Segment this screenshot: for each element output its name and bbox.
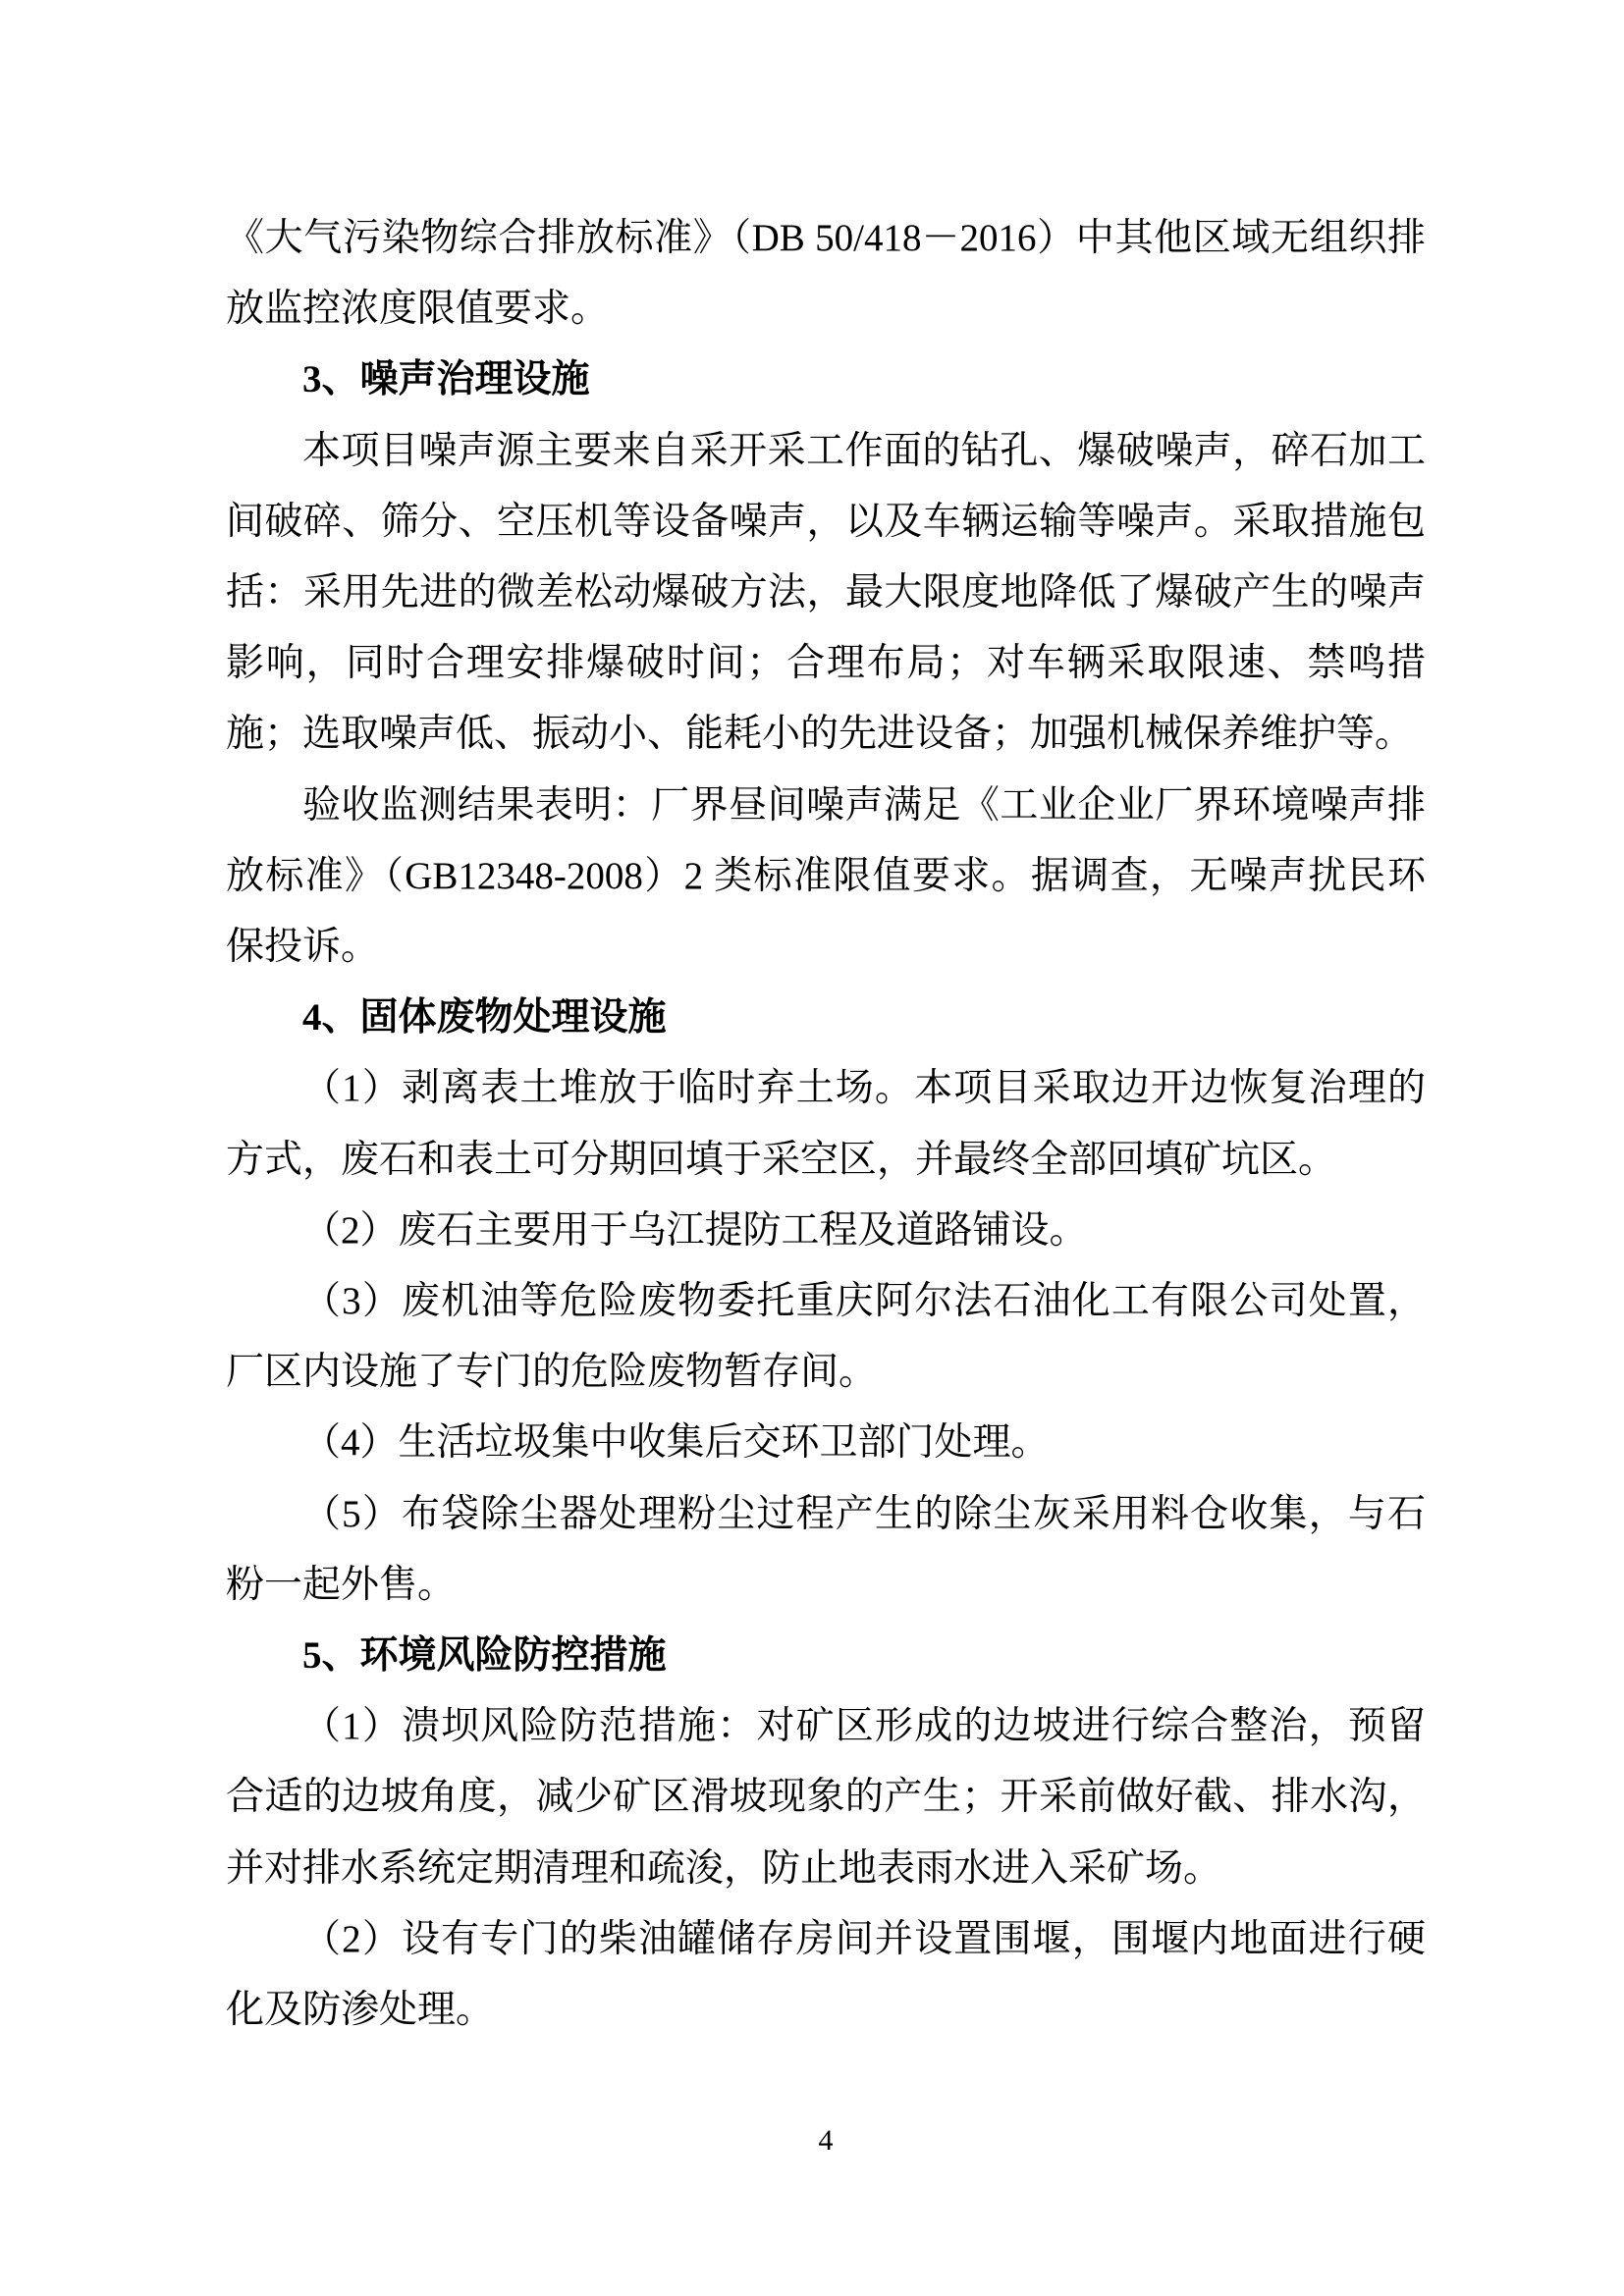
paragraph-risk-item-1: （1）溃坝风险防范措施：对矿区形成的边坡进行综合整治，预留合适的边坡角度，减少矿… [226, 1691, 1426, 1904]
section-heading-solid-waste: 4、固体废物处理设施 [226, 983, 1426, 1053]
paragraph-solid-waste-item-2: （2）废石主要用于乌江提防工程及道路铺设。 [226, 1196, 1426, 1266]
paragraph-risk-item-2: （2）设有专门的柴油罐储存房间并设置围堰，围堰内地面进行硬化及防渗处理。 [226, 1904, 1426, 2046]
section-heading-risk-prevention: 5、环境风险防控措施 [226, 1621, 1426, 1691]
paragraph-solid-waste-item-4: （4）生活垃圾集中收集后交环卫部门处理。 [226, 1408, 1426, 1478]
document-page: 《大气污染物综合排放标准》（DB 50/418－2016）中其他区域无组织排放监… [0, 0, 1624, 2296]
paragraph-noise-sources: 本项目噪声源主要来自采开采工作面的钻孔、爆破噪声，碎石加工间破碎、筛分、空压机等… [226, 416, 1426, 771]
page-number: 4 [226, 2123, 1426, 2159]
section-heading-noise-control: 3、噪声治理设施 [226, 345, 1426, 415]
paragraph-solid-waste-item-1: （1）剥离表土堆放于临时弃土场。本项目采取边开边恢复治理的方式，废石和表土可分期… [226, 1053, 1426, 1195]
paragraph-solid-waste-item-5: （5）布袋除尘器处理粉尘过程产生的除尘灰采用料仓收集，与石粉一起外售。 [226, 1479, 1426, 1621]
paragraph-solid-waste-item-3: （3）废机油等危险废物委托重庆阿尔法石油化工有限公司处置，厂区内设施了专门的危险… [226, 1266, 1426, 1408]
paragraph-continuation: 《大气污染物综合排放标准》（DB 50/418－2016）中其他区域无组织排放监… [226, 203, 1426, 345]
paragraph-noise-monitoring-result: 验收监测结果表明：厂界昼间噪声满足《工业企业厂界环境噪声排放标准》（GB1234… [226, 771, 1426, 984]
text-column: 《大气污染物综合排放标准》（DB 50/418－2016）中其他区域无组织排放监… [226, 203, 1426, 2046]
